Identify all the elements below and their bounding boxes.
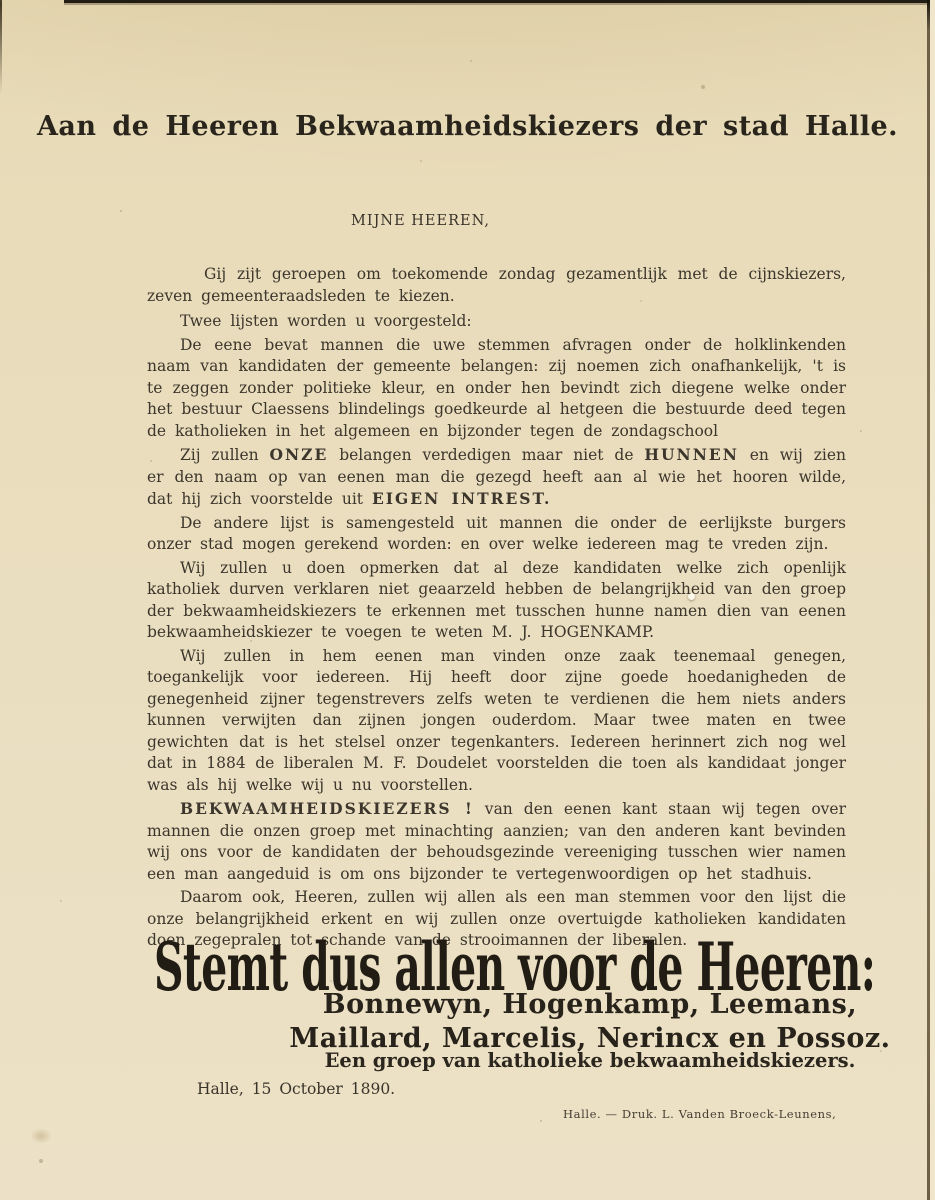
text-run: Gij zijt geroepen om toekomende zondag g… bbox=[147, 265, 846, 305]
text-run: belangen verdedigen maar niet de bbox=[328, 446, 644, 464]
signature-line: Een groep van katholieke bekwaamheidskie… bbox=[250, 1049, 930, 1072]
text-run: Wij zullen u doen opmerken dat al deze k… bbox=[147, 559, 846, 642]
paragraph: BEKWAAMHEIDSKIEZERS ! van den eenen kant… bbox=[147, 798, 846, 885]
paper-speckles bbox=[0, 0, 2, 2]
salutation: MIJNE HEEREN, bbox=[351, 213, 490, 229]
emphasized-text: ONZE bbox=[270, 445, 329, 464]
paragraph: Twee lijsten worden u voorgesteld: bbox=[147, 311, 846, 333]
dateline: Halle, 15 October 1890. bbox=[197, 1080, 395, 1098]
poster-page: Aan de Heeren Bekwaamheidskiezers der st… bbox=[0, 0, 935, 1200]
scan-paper-edge-right bbox=[930, 0, 935, 1200]
text-run: Twee lijsten worden u voorgesteld: bbox=[180, 312, 472, 330]
paragraph: Wij zullen u doen opmerken dat al deze k… bbox=[147, 558, 846, 644]
body-text: Gij zijt geroepen om toekomende zondag g… bbox=[147, 264, 846, 954]
scan-edge-top-shadow bbox=[64, 3, 935, 5]
paragraph: De eene bevat mannen die uwe stemmen afv… bbox=[147, 335, 846, 443]
candidates-line-1: Bonnewyn, Hogenkamp, Leemans, bbox=[250, 988, 930, 1022]
emphasized-text: EIGEN INTREST. bbox=[372, 489, 551, 508]
text-run: Wij zullen in hem eenen man vinden onze … bbox=[147, 647, 846, 794]
text-run: De eene bevat mannen die uwe stemmen afv… bbox=[147, 336, 846, 440]
paragraph: Wij zullen in hem eenen man vinden onze … bbox=[147, 646, 846, 797]
text-run: Zij zullen bbox=[180, 446, 270, 464]
scan-edge-left bbox=[0, 0, 2, 94]
paragraph: Gij zijt geroepen om toekomende zondag g… bbox=[147, 264, 846, 307]
poster-title: Aan de Heeren Bekwaamheidskiezers der st… bbox=[0, 111, 935, 142]
emphasized-text: BEKWAAMHEIDSKIEZERS ! bbox=[180, 799, 474, 818]
paper-stain bbox=[30, 1128, 52, 1144]
candidate-names: Bonnewyn, Hogenkamp, Leemans, Maillard, … bbox=[250, 988, 930, 1056]
paragraph: Zij zullen ONZE belangen verdedigen maar… bbox=[147, 444, 846, 511]
printer-imprint: Halle. — Druk. L. Vanden Broeck-Leunens, bbox=[563, 1107, 836, 1121]
text-run: De andere lijst is samengesteld uit mann… bbox=[147, 514, 846, 554]
emphasized-text: HUNNEN bbox=[644, 445, 738, 464]
paragraph: De andere lijst is samengesteld uit mann… bbox=[147, 513, 846, 556]
